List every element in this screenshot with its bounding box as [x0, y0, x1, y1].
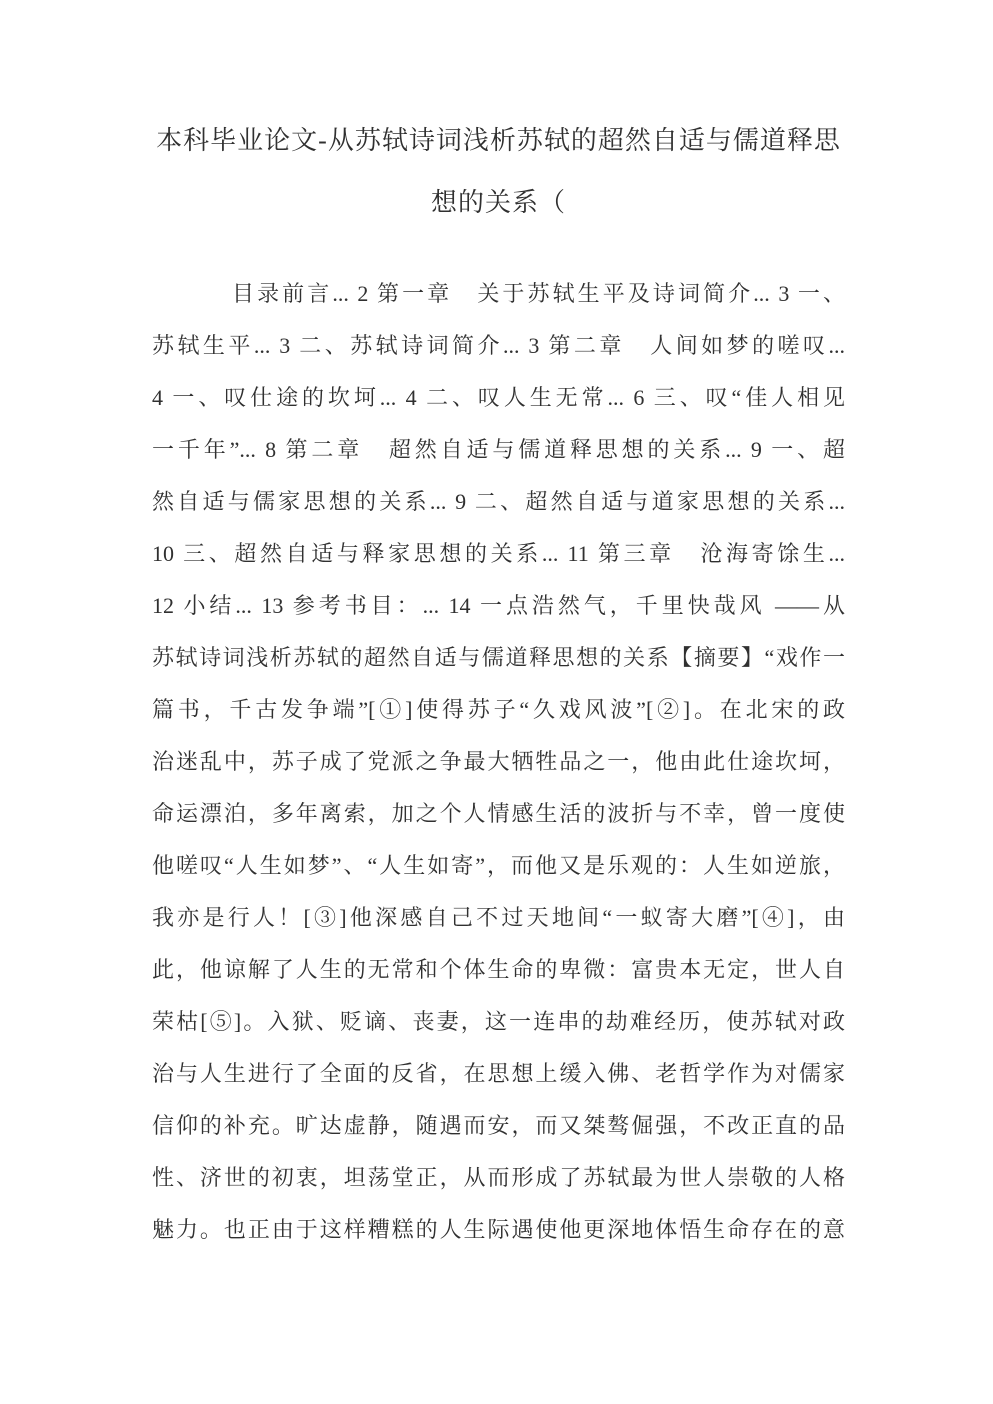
body-line: 苏轼诗词浅析苏轼的超然自适与儒道释思想的关系【摘要】“戏作一 — [152, 632, 845, 684]
body-line: 10 三、超然自适与释家思想的关系... 11 第三章 沧海寄馀生... — [152, 528, 845, 580]
body-line: 治与人生进行了全面的反省，在思想上缓入佛、老哲学作为对儒家 — [152, 1048, 845, 1100]
document-title: 本科毕业论文-从苏轼诗词浅析苏轼的超然自适与儒道释思 想的关系（ — [152, 110, 845, 234]
body-line: 魅力。也正由于这样糟糕的人生际遇使他更深地体悟生命存在的意 — [152, 1204, 845, 1256]
body-line: 篇书，千古发争端”[①]使得苏子“久戏风波”[②]。在北宋的政 — [152, 684, 845, 736]
body-paragraph: 目录前言... 2 第一章 关于苏轼生平及诗词简介... 3 一、 苏轼生平..… — [152, 268, 845, 1256]
body-line: 治迷乱中，苏子成了党派之争最大牺牲品之一，他由此仕途坎坷， — [152, 736, 845, 788]
title-line: 想的关系（ — [152, 172, 845, 234]
body-line: 此，他谅解了人生的无常和个体生命的卑微：富贵本无定，世人自 — [152, 944, 845, 996]
body-line: 他嗟叹“人生如梦”、“人生如寄”，而他又是乐观的：人生如逆旅， — [152, 840, 845, 892]
body-line: 信仰的补充。旷达虚静，随遇而安，而又桀骜倔强，不改正直的品 — [152, 1100, 845, 1152]
body-line: 我亦是行人！[③]他深感自己不过天地间“一蚁寄大磨”[④]，由 — [152, 892, 845, 944]
document-page: 本科毕业论文-从苏轼诗词浅析苏轼的超然自适与儒道释思 想的关系（ 目录前言...… — [0, 0, 993, 1404]
body-line: 然自适与儒家思想的关系... 9 二、超然自适与道家思想的关系... — [152, 476, 845, 528]
body-line: 一千年”... 8 第二章 超然自适与儒道释思想的关系... 9 一、超 — [152, 424, 845, 476]
body-line: 荣枯[⑤]。入狱、贬谪、丧妻，这一连串的劫难经历，使苏轼对政 — [152, 996, 845, 1048]
body-line: 命运漂泊，多年离索，加之个人情感生活的波折与不幸，曾一度使 — [152, 788, 845, 840]
body-line: 苏轼生平... 3 二、苏轼诗词简介... 3 第二章 人间如梦的嗟叹... — [152, 320, 845, 372]
body-line: 目录前言... 2 第一章 关于苏轼生平及诗词简介... 3 一、 — [152, 268, 845, 320]
body-line: 性、济世的初衷，坦荡堂正，从而形成了苏轼最为世人崇敬的人格 — [152, 1152, 845, 1204]
title-line: 本科毕业论文-从苏轼诗词浅析苏轼的超然自适与儒道释思 — [152, 110, 845, 172]
body-line: 4 一、叹仕途的坎坷... 4 二、叹人生无常... 6 三、叹“佳人相见 — [152, 372, 845, 424]
body-line: 12 小结... 13 参考书目：... 14 一点浩然气，千里快哉风 ——从 — [152, 580, 845, 632]
